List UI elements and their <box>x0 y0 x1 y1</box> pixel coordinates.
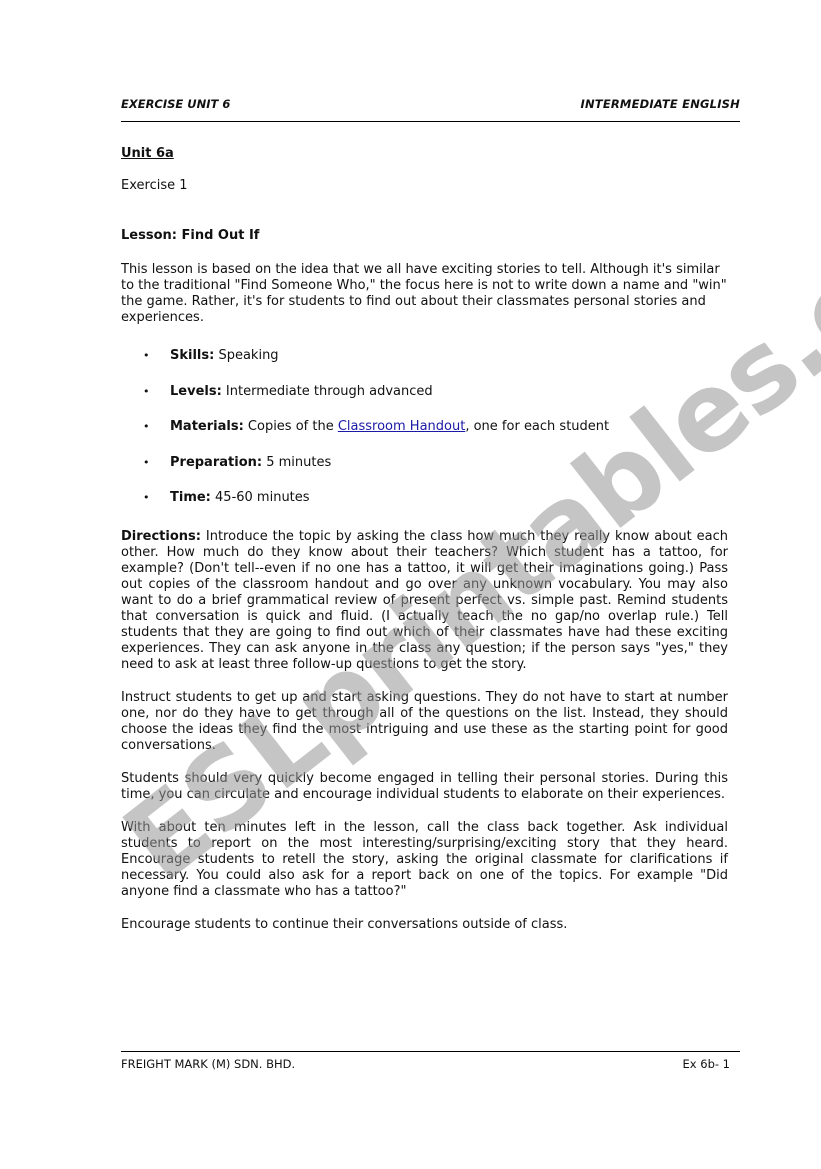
directions-label: Directions: <box>121 529 201 544</box>
lesson-details-list: • Skills: Speaking • Levels: Intermediat… <box>121 348 728 526</box>
detail-value: 5 minutes <box>262 455 331 470</box>
page-header: EXERCISE UNIT 6 INTERMEDIATE ENGLISH <box>121 97 740 113</box>
exercise-label: Exercise 1 <box>121 178 728 194</box>
detail-label: Preparation: <box>170 455 262 470</box>
body-paragraph: With about ten minutes left in the lesso… <box>121 820 728 900</box>
detail-value: Copies of the <box>244 419 338 434</box>
footer-divider <box>121 1051 740 1052</box>
bullet-icon: • <box>143 348 150 364</box>
lesson-title: Lesson: Find Out If <box>121 228 728 244</box>
detail-value: Speaking <box>214 348 278 363</box>
classroom-handout-link[interactable]: Classroom Handout <box>338 419 466 434</box>
body-paragraph: Students should very quickly become enga… <box>121 771 728 803</box>
detail-label: Materials: <box>170 419 244 434</box>
bullet-icon: • <box>143 419 150 435</box>
detail-levels: • Levels: Intermediate through advanced <box>121 384 728 420</box>
document-body: Unit 6a Exercise 1 Lesson: Find Out If T… <box>121 146 728 933</box>
detail-value: 45-60 minutes <box>211 490 310 505</box>
header-divider <box>121 121 740 122</box>
bullet-icon: • <box>143 384 150 400</box>
detail-value: , one for each student <box>465 419 609 434</box>
body-paragraph: Instruct students to get up and start as… <box>121 690 728 754</box>
detail-label: Skills: <box>170 348 214 363</box>
document-page: EXERCISE UNIT 6 INTERMEDIATE ENGLISH Uni… <box>0 0 821 1169</box>
directions-text: Introduce the topic by asking the class … <box>121 529 728 672</box>
closing-paragraph: Encourage students to continue their con… <box>121 917 728 933</box>
bullet-icon: • <box>143 455 150 471</box>
footer-company: FREIGHT MARK (M) SDN. BHD. <box>121 1057 295 1071</box>
header-left: EXERCISE UNIT 6 <box>121 97 230 111</box>
header-right: INTERMEDIATE ENGLISH <box>580 97 740 111</box>
detail-time: • Time: 45-60 minutes <box>121 490 728 526</box>
footer-page-number: Ex 6b- 1 <box>683 1057 730 1071</box>
detail-value: Intermediate through advanced <box>222 384 433 399</box>
detail-skills: • Skills: Speaking <box>121 348 728 384</box>
detail-label: Levels: <box>170 384 222 399</box>
detail-label: Time: <box>170 490 211 505</box>
intro-paragraph: This lesson is based on the idea that we… <box>121 262 728 326</box>
unit-title: Unit 6a <box>121 146 728 162</box>
directions-paragraph: Directions: Introduce the topic by askin… <box>121 529 728 673</box>
detail-preparation: • Preparation: 5 minutes <box>121 455 728 491</box>
detail-materials: • Materials: Copies of the Classroom Han… <box>121 419 728 455</box>
bullet-icon: • <box>143 490 150 506</box>
